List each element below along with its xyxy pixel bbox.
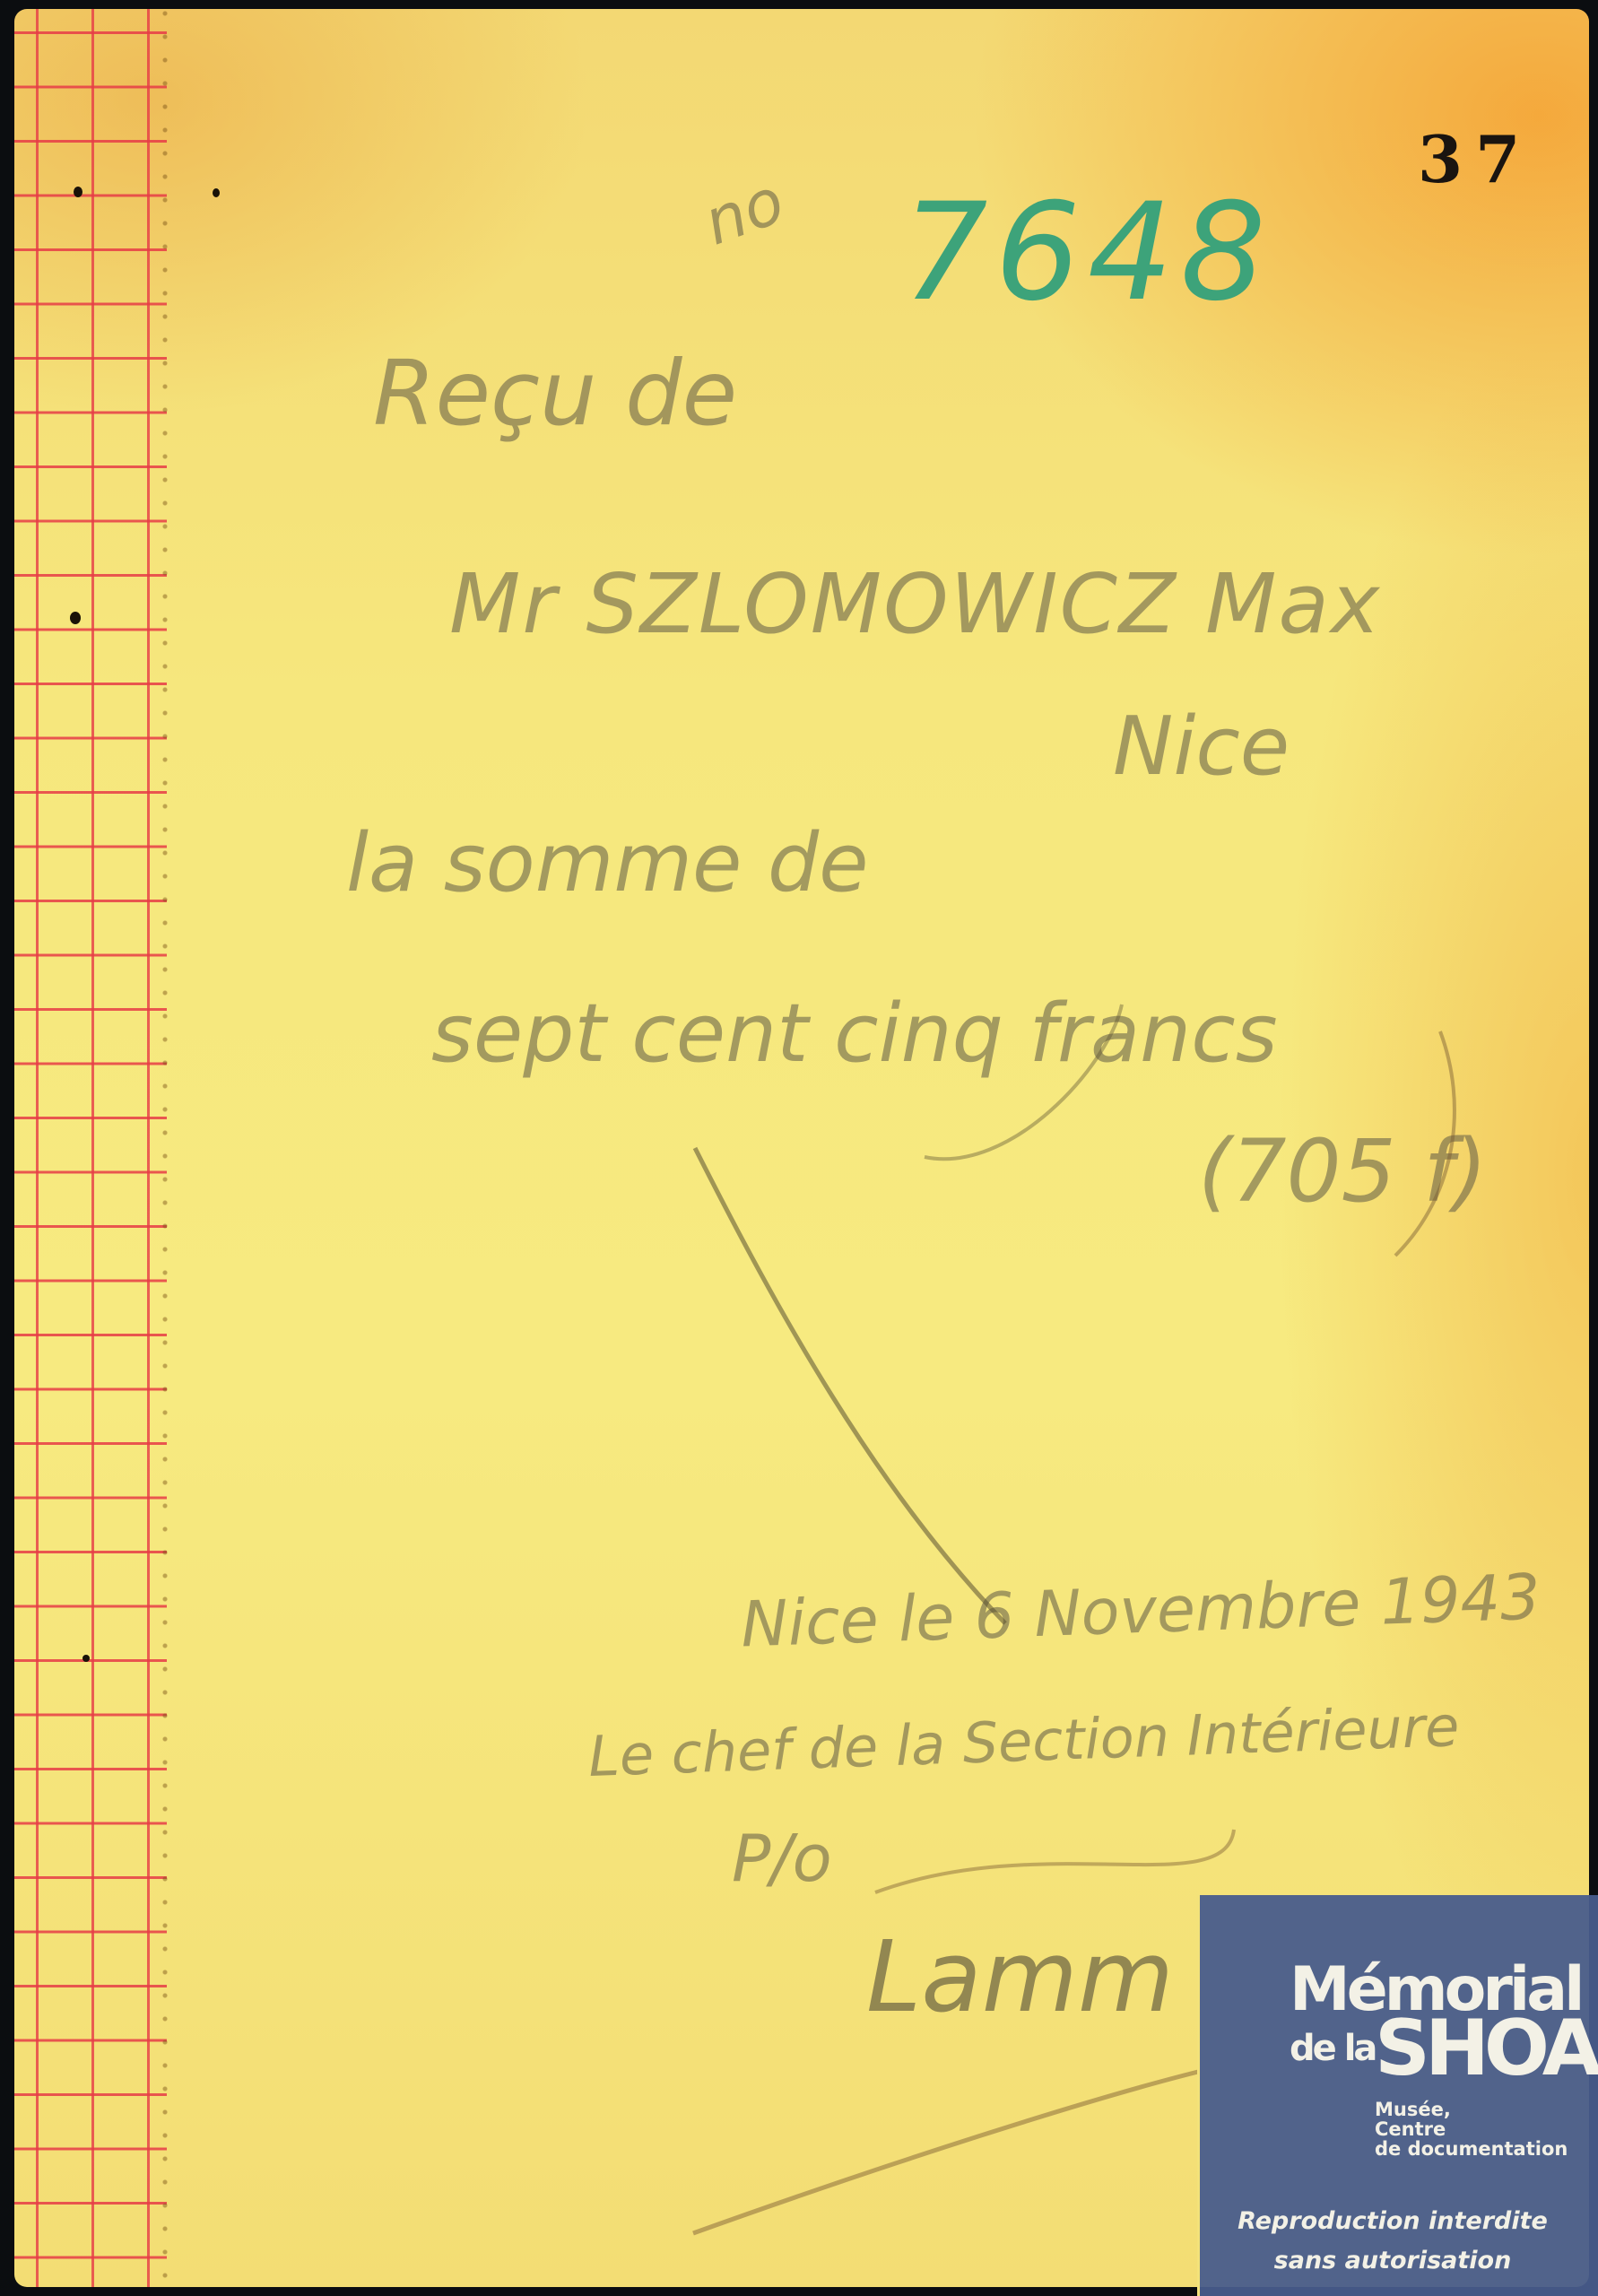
- receipt-number: 7648: [902, 175, 1273, 331]
- paper-speck: [83, 1655, 90, 1662]
- strike-through-line: [695, 1148, 1005, 1623]
- paper-speck: [70, 612, 81, 624]
- watermark-notice-line2: sans autorisation: [1200, 2247, 1585, 2274]
- watermark-subtitle: Musée, Centre de documentation: [1375, 2100, 1568, 2159]
- watermark-subtitle-line: Centre: [1375, 2119, 1568, 2139]
- amount-label: la somme de: [346, 816, 869, 910]
- watermark-subtitle-line: Musée,: [1375, 2100, 1568, 2119]
- receipt-number-prefix: no: [695, 164, 794, 260]
- signature-prefix: P/o: [732, 1821, 832, 1896]
- payer-name: Mr SZLOMOWICZ Max: [449, 556, 1381, 652]
- watermark-de-la: de la: [1290, 2028, 1375, 2069]
- signature: Lamm: [866, 1919, 1174, 2034]
- page-number: 37: [1418, 121, 1533, 197]
- signature-flourish: [875, 1830, 1234, 1892]
- watermark-shoah: SHOAH: [1375, 2010, 1598, 2087]
- receipt-heading: Reçu de: [373, 341, 737, 446]
- signature-underline: [693, 2072, 1198, 2233]
- paper-speck: [213, 188, 220, 197]
- watermark-subtitle-line: de documentation: [1375, 2139, 1568, 2159]
- payer-city: Nice: [1113, 700, 1290, 794]
- amount-in-figures: (705 f): [1198, 1121, 1487, 1222]
- place-and-date: Nice le 6 Novembre 1943: [740, 1560, 1542, 1661]
- amount-in-words: sept cent cinq francs: [431, 987, 1278, 1081]
- memorial-shoah-watermark: Mémorial de la SHOAH Musée, Centre de do…: [1197, 1895, 1598, 2296]
- graph-paper-margin: [14, 9, 167, 2287]
- paper-speck: [74, 187, 83, 197]
- signatory-title: Le chef de la Section Intérieure: [587, 1693, 1460, 1789]
- watermark-notice-line1: Reproduction interdite: [1200, 2207, 1585, 2235]
- perforated-edge: [161, 9, 169, 2287]
